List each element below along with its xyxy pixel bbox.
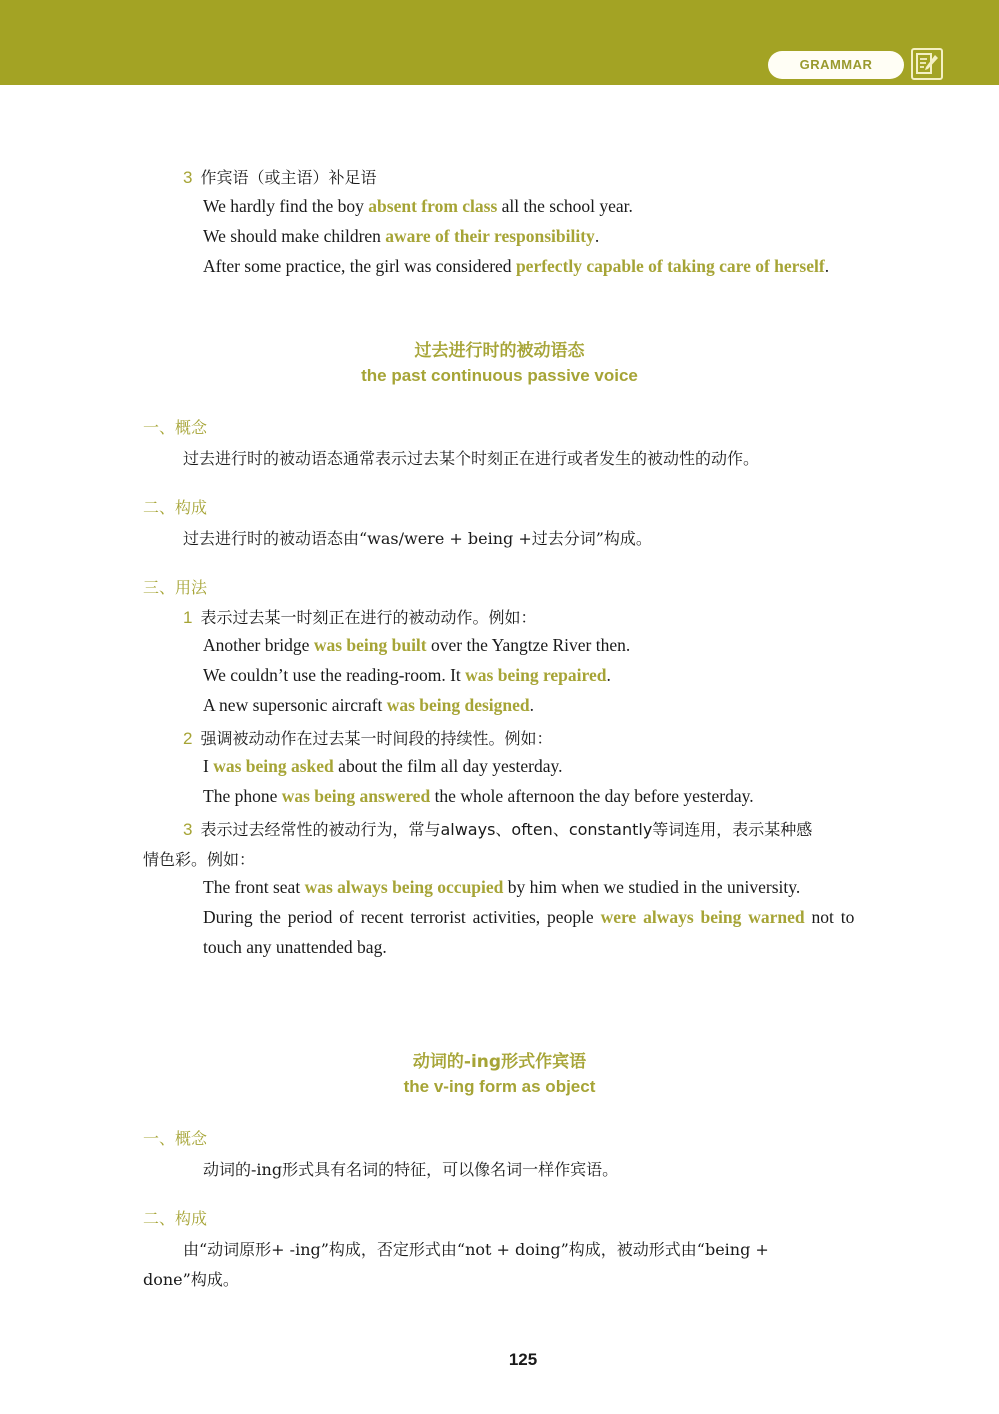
example-highlight: was being designed xyxy=(387,695,530,715)
example-text: A new supersonic aircraft xyxy=(203,695,387,715)
heading-text: 作宾语（或主语）补足语 xyxy=(200,168,376,187)
example-line: A new supersonic aircraft was being desi… xyxy=(203,695,534,716)
page-number: 125 xyxy=(0,1350,999,1370)
form-text: 由“动词原形+ -ing”构成，否定形式由“not + doing”构成，被动形… xyxy=(183,1237,769,1260)
section-title-en: the past continuous passive voice xyxy=(0,366,999,386)
example-text: over the Yangtze River then. xyxy=(427,635,631,655)
example-highlight: absent from class xyxy=(368,196,497,216)
example-text: . xyxy=(825,256,829,276)
heading-text: 表示过去某一时刻正在进行的被动动作。例如： xyxy=(200,608,536,627)
example-line: We couldn’t use the reading-room. It was… xyxy=(203,665,611,686)
example-line: We should make children aware of their r… xyxy=(203,226,599,247)
example-text: The phone xyxy=(203,786,282,806)
section-title-en: the v-ing form as object xyxy=(0,1077,999,1097)
example-line-continued: touch any unattended bag. xyxy=(203,937,387,958)
example-highlight: aware of their responsibility xyxy=(385,226,595,246)
heading-text: 强调被动动作在过去某一时间段的持续性。例如： xyxy=(200,729,552,748)
section-title-cn: 动词的-ing形式作宾语 xyxy=(0,1047,999,1072)
usage-label: 三、用法 xyxy=(143,575,207,598)
example-text: Another bridge xyxy=(203,635,314,655)
example-highlight: was being answered xyxy=(282,786,430,806)
example-highlight: were always being warned xyxy=(601,907,805,927)
form-text-continued: done”构成。 xyxy=(143,1267,239,1290)
example-line: We hardly find the boy absent from class… xyxy=(203,196,633,217)
example-text: . xyxy=(595,226,599,246)
concept-text: 动词的-ing形式具有名词的特征，可以像名词一样作宾语。 xyxy=(203,1157,618,1180)
example-text: After some practice, the girl was consid… xyxy=(203,256,516,276)
example-line: I was being asked about the film all day… xyxy=(203,756,563,777)
example-text: by him when we studied in the university… xyxy=(503,877,800,897)
concept-text: 过去进行时的被动语态通常表示过去某个时刻正在进行或者发生的被动性的动作。 xyxy=(183,446,759,469)
notepad-pencil-icon xyxy=(911,48,943,80)
example-text: not to xyxy=(805,907,855,927)
example-text: . xyxy=(530,695,534,715)
example-text: We couldn’t use the reading-room. It xyxy=(203,665,465,685)
example-text: . xyxy=(606,665,610,685)
usage-heading-continued: 情色彩。例如： xyxy=(143,847,255,870)
heading-text: 表示过去经常性的被动行为，常与always、often、constantly等词… xyxy=(200,820,812,839)
form-text: 过去进行时的被动语态由“was/were + being +过去分词”构成。 xyxy=(183,526,652,549)
example-line: Another bridge was being built over the … xyxy=(203,635,630,656)
example-line: The phone was being answered the whole a… xyxy=(203,786,754,807)
example-line: The front seat was always being occupied… xyxy=(203,877,800,898)
item-number: 1 xyxy=(183,608,192,627)
section-title-cn: 过去进行时的被动语态 xyxy=(0,336,999,361)
example-text: The front seat xyxy=(203,877,305,897)
example-text: We should make children xyxy=(203,226,385,246)
concept-label: 一、概念 xyxy=(143,415,207,438)
usage-heading: 3表示过去经常性的被动行为，常与always、often、constantly等… xyxy=(183,817,812,840)
item-number: 3 xyxy=(183,168,192,187)
example-line: After some practice, the girl was consid… xyxy=(203,256,829,277)
grammar-tag: GRAMMAR xyxy=(768,51,904,79)
complement-heading: 3作宾语（或主语）补足语 xyxy=(183,165,376,188)
example-highlight: perfectly capable of taking care of hers… xyxy=(516,256,825,276)
item-number: 3 xyxy=(183,820,192,839)
example-line: During the period of recent terrorist ac… xyxy=(203,907,905,928)
usage-heading: 2强调被动动作在过去某一时间段的持续性。例如： xyxy=(183,726,552,749)
example-highlight: was being repaired xyxy=(465,665,606,685)
usage-heading: 1表示过去某一时刻正在进行的被动动作。例如： xyxy=(183,605,536,628)
concept-label: 一、概念 xyxy=(143,1126,207,1149)
item-number: 2 xyxy=(183,729,192,748)
example-text: the whole afternoon the day before yeste… xyxy=(430,786,753,806)
example-text: all the school year. xyxy=(497,196,633,216)
form-label: 二、构成 xyxy=(143,1206,207,1229)
example-text: I xyxy=(203,756,213,776)
example-text: about the film all day yesterday. xyxy=(334,756,563,776)
example-text: During the period of recent terrorist ac… xyxy=(203,907,601,927)
form-label: 二、构成 xyxy=(143,495,207,518)
example-highlight: was being built xyxy=(314,635,427,655)
example-highlight: was always being occupied xyxy=(305,877,504,897)
example-highlight: was being asked xyxy=(213,756,334,776)
example-text: We hardly find the boy xyxy=(203,196,368,216)
